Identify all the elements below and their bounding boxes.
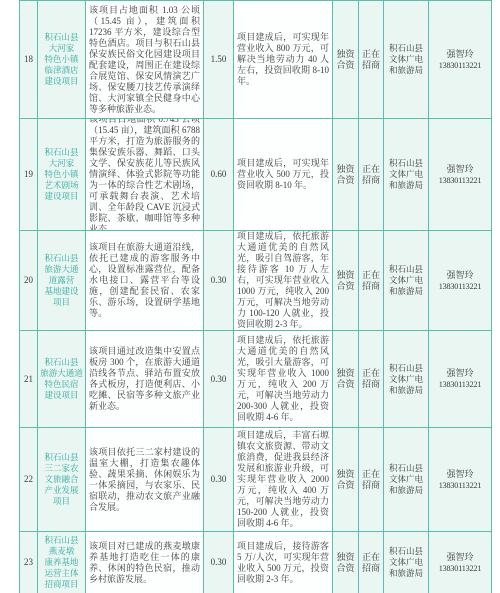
cooperation-mode: 独资 合资 [333,231,359,330]
responsible-unit: 积石山县 文体广电 和旅游局 [384,231,429,330]
responsible-unit: 积石山县 文体广电 和旅游局 [384,532,429,593]
expected-benefit: 项目建成后，接待游客 5 万/人次，可实现年营业收入 500 万元，投资回收期 … [234,532,333,593]
progress-status: 正在 招商 [359,428,384,531]
project-description: 该项目通过改造集中安置点板房 300 个，在旅游大通道沿线各节点、驿站布置安放各… [86,331,204,427]
project-number: 23 [20,532,38,593]
document-page: 18 积石山县 大河家 特色小镇 临津酒店 建设项目 该项目占地面积 1.03 … [0,0,500,593]
table-row: 21 积石山县 旅游大通道 特色民宿 建设项目 该项目通过改造集中安置点板房 3… [20,331,491,428]
responsible-unit: 积石山县 文体广电 和旅游局 [384,119,429,230]
project-number: 20 [20,231,38,330]
project-name: 积石山县 大河家 特色小镇 临津酒店 建设项目 [38,1,86,118]
expected-benefit: 项目建成后，依托旅游大通道优美的自然风光，吸引自驾游客，年接待游客 10 万人左… [234,231,333,330]
project-number: 22 [20,428,38,531]
cooperation-mode: 独资 合资 [333,532,359,593]
responsible-unit: 积石山县 文体广电 和旅游局 [384,428,429,531]
progress-status: 正在 招商 [359,119,384,230]
progress-status: 正在 招商 [359,331,384,427]
contact-phone: 13830113221 [439,379,482,390]
progress-status: 正在 招商 [359,231,384,330]
investment-amount: 0.30 [204,428,234,531]
contact-name: 强智玲 [446,270,473,281]
cooperation-mode: 独资 合资 [333,119,359,230]
table-row: 19 积石山县 大河家 特色小镇 艺术剧场 建设项目 该项目占地面积 0.743… [20,119,491,231]
cooperation-mode: 独资 合资 [333,428,359,531]
contact-name: 强智玲 [446,164,473,175]
project-name: 积石山县 旅游大通 道露营 基地建设 项目 [38,231,86,330]
table-row: 23 积石山县 燕麦墩 康养基地 运营主体 招商项目 该项目对已建成的燕麦墩康养… [20,532,491,593]
contact-info: 强智玲 13830113221 [429,331,491,427]
investment-amount: 0.30 [204,331,234,427]
cooperation-mode: 独资 合资 [333,331,359,427]
expected-benefit: 项目建成后，可实现年营业收入 800 万元，可解决当地劳动力 40 人左右，投资… [234,1,333,118]
responsible-unit: 积石山县 文体广电 和旅游局 [384,1,429,118]
progress-status: 正在 招商 [359,532,384,593]
project-description: 该项目依托三二家村建设的温室大棚，打造集农趣体验、蔬果采摘、休闲娱乐为一体采摘园… [86,428,204,531]
project-name: 积石山县 三二家农 文旅融合 产业发展 项目 [38,428,86,531]
expected-benefit: 项目建成后，可实现年营业收入 500 万元，投资回收期 8-10 年。 [234,119,333,230]
expected-benefit: 项目建成后，丰富石塬镇农文旅资源、带动文旅消费，促进我县经济发展和旅游业升级，可… [234,428,333,531]
investment-amount: 0.60 [204,119,234,230]
contact-phone: 13830113221 [439,281,482,292]
investment-projects-table: 18 积石山县 大河家 特色小镇 临津酒店 建设项目 该项目占地面积 1.03 … [19,0,492,593]
table-row: 20 积石山县 旅游大通 道露营 基地建设 项目 该项目在旅游大通道沿线，依托已… [20,231,491,331]
contact-phone: 13830113221 [439,480,482,491]
project-description: 该项目占地面积 0.743 公顷（15.45 亩），建筑面积 6788 平方米，… [86,119,204,230]
project-description: 该项目对已建成的燕麦墩康养基地打造吃住一体的康养、休闲的特色民宿，推动乡村旅游发… [86,532,204,593]
project-description: 该项目在旅游大通道沿线，依托已建成的游客服务中心，设置标准露营位，配备水电接口、… [86,231,204,330]
contact-info: 强智玲 13830113221 [429,1,491,118]
responsible-unit: 积石山县 文体广电 和旅游局 [384,331,429,427]
contact-name: 强智玲 [446,368,473,379]
project-number: 21 [20,331,38,427]
project-name: 积石山县 燕麦墩 康养基地 运营主体 招商项目 [38,532,86,593]
project-number: 18 [20,1,38,118]
contact-name: 强智玲 [446,469,473,480]
table-row: 18 积石山县 大河家 特色小镇 临津酒店 建设项目 该项目占地面积 1.03 … [20,1,491,119]
progress-status: 正在 招商 [359,1,384,118]
contact-info: 强智玲 13830113221 [429,428,491,531]
investment-amount: 0.30 [204,231,234,330]
contact-phone: 13830113221 [439,175,482,186]
cooperation-mode: 独资 合资 [333,1,359,118]
project-name: 积石山县 大河家 特色小镇 艺术剧场 建设项目 [38,119,86,230]
investment-amount: 0.30 [204,532,234,593]
project-number: 19 [20,119,38,230]
contact-name: 强智玲 [446,49,473,60]
contact-phone: 13830113221 [439,563,482,574]
contact-info: 强智玲 13830113221 [429,231,491,330]
investment-amount: 1.50 [204,1,234,118]
expected-benefit: 项目建成后，依托旅游大通道优美的自然风光，吸引大量游客，可实现年营业收入 100… [234,331,333,427]
contact-info: 强智玲 13830113221 [429,119,491,230]
table-row: 22 积石山县 三二家农 文旅融合 产业发展 项目 该项目依托三二家村建设的温室… [20,428,491,532]
project-description: 该项目占地面积 1.03 公顷（15.45 亩），建筑面积 17236 平方米，… [86,1,204,118]
contact-name: 强智玲 [446,552,473,563]
contact-info: 强智玲 13830113221 [429,532,491,593]
contact-phone: 13830113221 [439,60,482,71]
project-name: 积石山县 旅游大通道 特色民宿 建设项目 [38,331,86,427]
